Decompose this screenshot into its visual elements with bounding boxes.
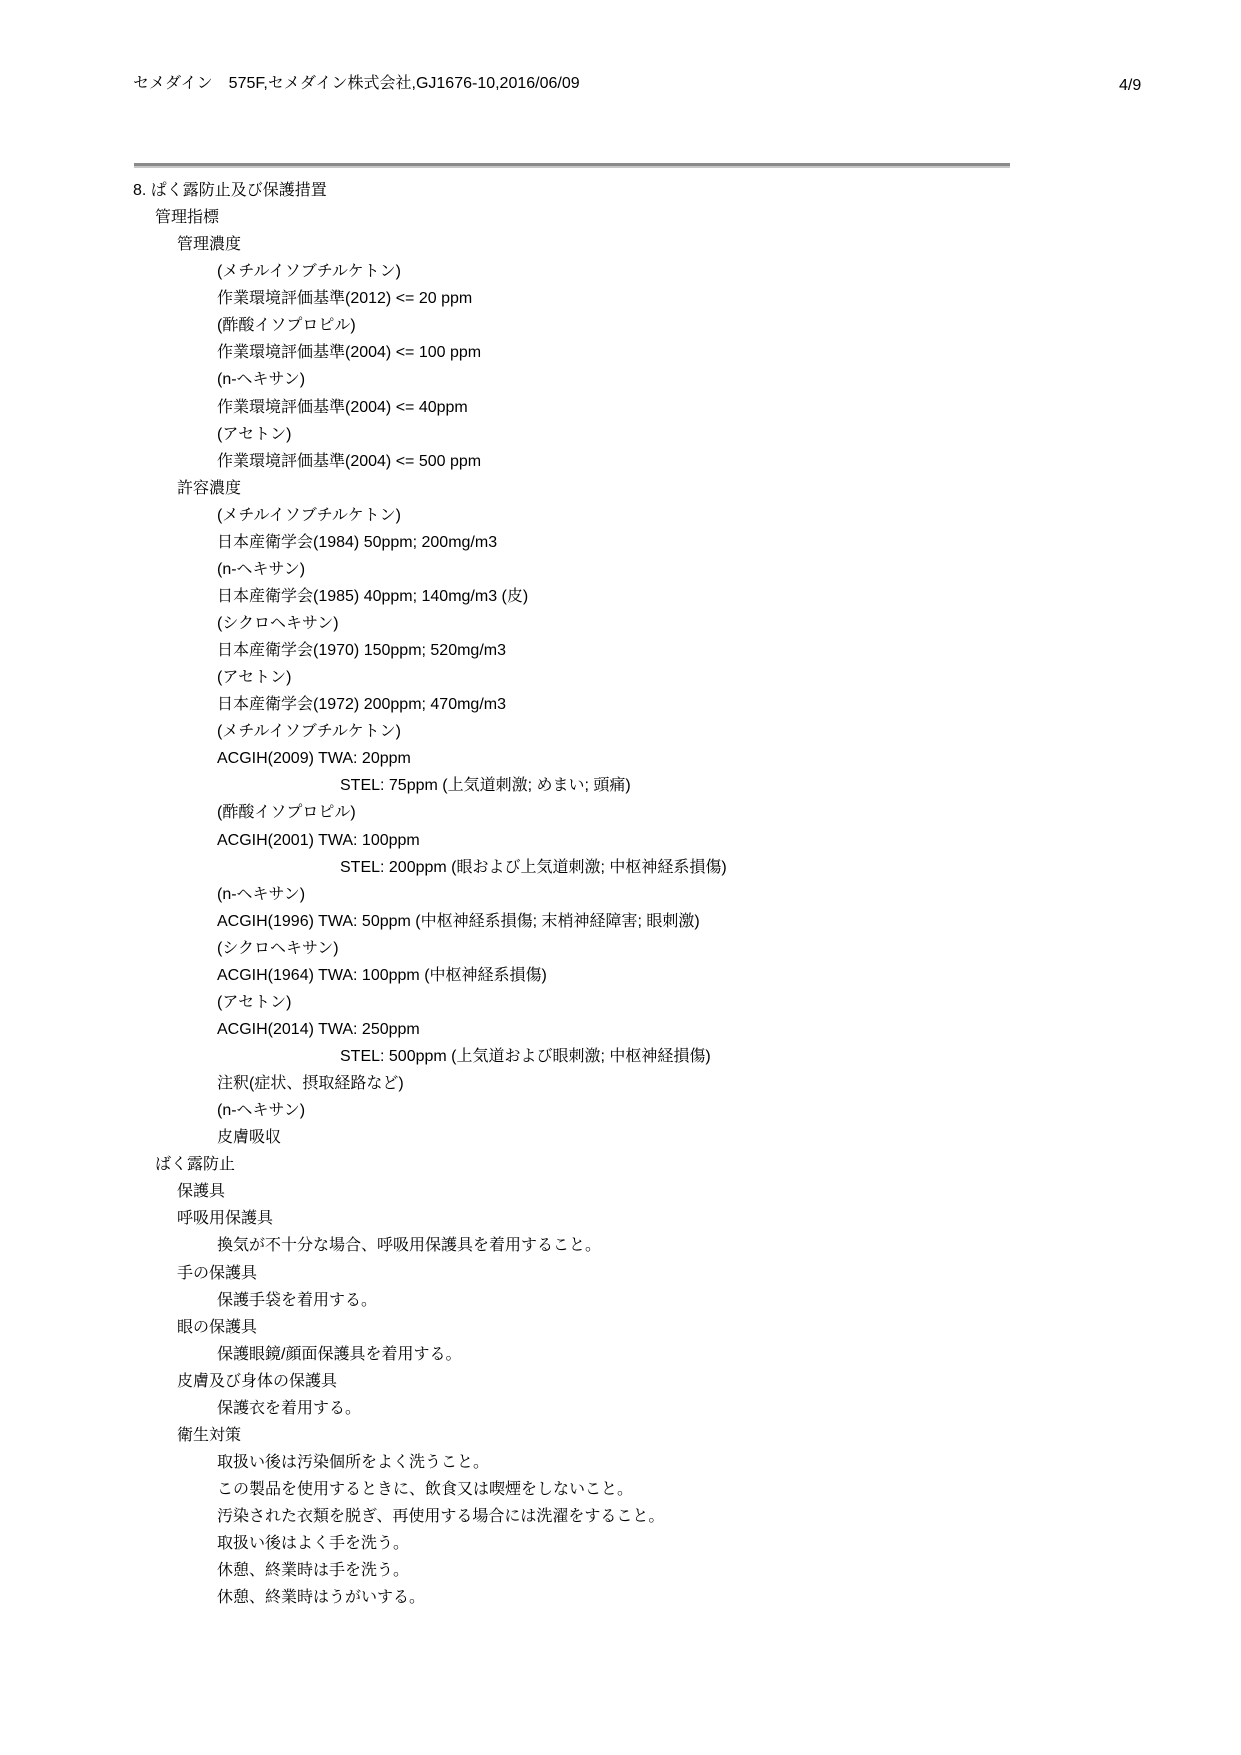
page-number: 4/9 [1119,76,1141,96]
document-line: 日本産衛学会(1984) 50ppm; 200mg/m3 [0,529,1241,556]
document-line: 呼吸用保護具 [0,1205,1241,1232]
document-line: 保護眼鏡/顔面保護具を着用する。 [0,1341,1241,1368]
document-line: 皮膚吸収 [0,1124,1241,1151]
document-header-title: セメダイン 575F,セメダイン株式会社,GJ1676-10,2016/06/0… [133,74,580,94]
document-line: 保護手袋を着用する。 [0,1287,1241,1314]
document-line: ACGIH(1996) TWA: 50ppm (中枢神経系損傷; 末梢神経障害;… [0,908,1241,935]
document-line: STEL: 500ppm (上気道および眼刺激; 中枢神経損傷) [0,1043,1241,1070]
document-line: ACGIH(2014) TWA: 250ppm [0,1016,1241,1043]
document-line: ばく露防止 [0,1151,1241,1178]
document-line: 注釈(症状、摂取経路など) [0,1070,1241,1097]
document-line: 取扱い後は汚染個所をよく洗うこと。 [0,1449,1241,1476]
document-line: ACGIH(1964) TWA: 100ppm (中枢神経系損傷) [0,962,1241,989]
document-line: (アセトン) [0,421,1241,448]
document-line: 作業環境評価基準(2004) <= 100 ppm [0,339,1241,366]
document-line: ACGIH(2009) TWA: 20ppm [0,745,1241,772]
document-line: 保護衣を着用する。 [0,1395,1241,1422]
document-line: 換気が不十分な場合、呼吸用保護具を着用すること。 [0,1232,1241,1259]
document-line: (シクロヘキサン) [0,935,1241,962]
document-line: 衛生対策 [0,1422,1241,1449]
document-line: (アセトン) [0,989,1241,1016]
document-line: 管理濃度 [0,231,1241,258]
document-line: 作業環境評価基準(2004) <= 500 ppm [0,448,1241,475]
document-line: (メチルイソブチルケトン) [0,258,1241,285]
document-line: 日本産衛学会(1985) 40ppm; 140mg/m3 (皮) [0,583,1241,610]
document-line: 眼の保護具 [0,1314,1241,1341]
document-line: (n-ヘキサン) [0,881,1241,908]
document-line: STEL: 200ppm (眼および上気道刺激; 中枢神経系損傷) [0,854,1241,881]
document-line: この製品を使用するときに、飲食又は喫煙をしないこと。 [0,1476,1241,1503]
document-line: (酢酸イソプロピル) [0,799,1241,826]
document-line: (シクロヘキサン) [0,610,1241,637]
document-line: (メチルイソブチルケトン) [0,718,1241,745]
document-line: 日本産衛学会(1970) 150ppm; 520mg/m3 [0,637,1241,664]
document-line: (n-ヘキサン) [0,556,1241,583]
document-line: 汚染された衣類を脱ぎ、再使用する場合には洗濯をすること。 [0,1503,1241,1530]
document-line: 許容濃度 [0,475,1241,502]
document-line: (メチルイソブチルケトン) [0,502,1241,529]
document-line: 作業環境評価基準(2004) <= 40ppm [0,394,1241,421]
document-line: (アセトン) [0,664,1241,691]
document-line: 休憩、終業時は手を洗う。 [0,1557,1241,1584]
document-line: 日本産衛学会(1972) 200ppm; 470mg/m3 [0,691,1241,718]
document-line: 管理指標 [0,204,1241,231]
document-line: ACGIH(2001) TWA: 100ppm [0,827,1241,854]
document-line: 8. ぱく露防止及び保護措置 [0,177,1241,204]
document-line: 作業環境評価基準(2012) <= 20 ppm [0,285,1241,312]
document-line: 皮膚及び身体の保護具 [0,1368,1241,1395]
document-line: 保護具 [0,1178,1241,1205]
document-line: (n-ヘキサン) [0,366,1241,393]
document-line: (n-ヘキサン) [0,1097,1241,1124]
document-line: 休憩、終業時はうがいする。 [0,1584,1241,1611]
document-line: 手の保護具 [0,1260,1241,1287]
document-line: STEL: 75ppm (上気道刺激; めまい; 頭痛) [0,772,1241,799]
document-lines: 8. ぱく露防止及び保護措置管理指標管理濃度(メチルイソブチルケトン)作業環境評… [0,177,1241,1611]
document-line: 取扱い後はよく手を洗う。 [0,1530,1241,1557]
document-line: (酢酸イソプロピル) [0,312,1241,339]
section-divider-rule [134,163,1010,168]
